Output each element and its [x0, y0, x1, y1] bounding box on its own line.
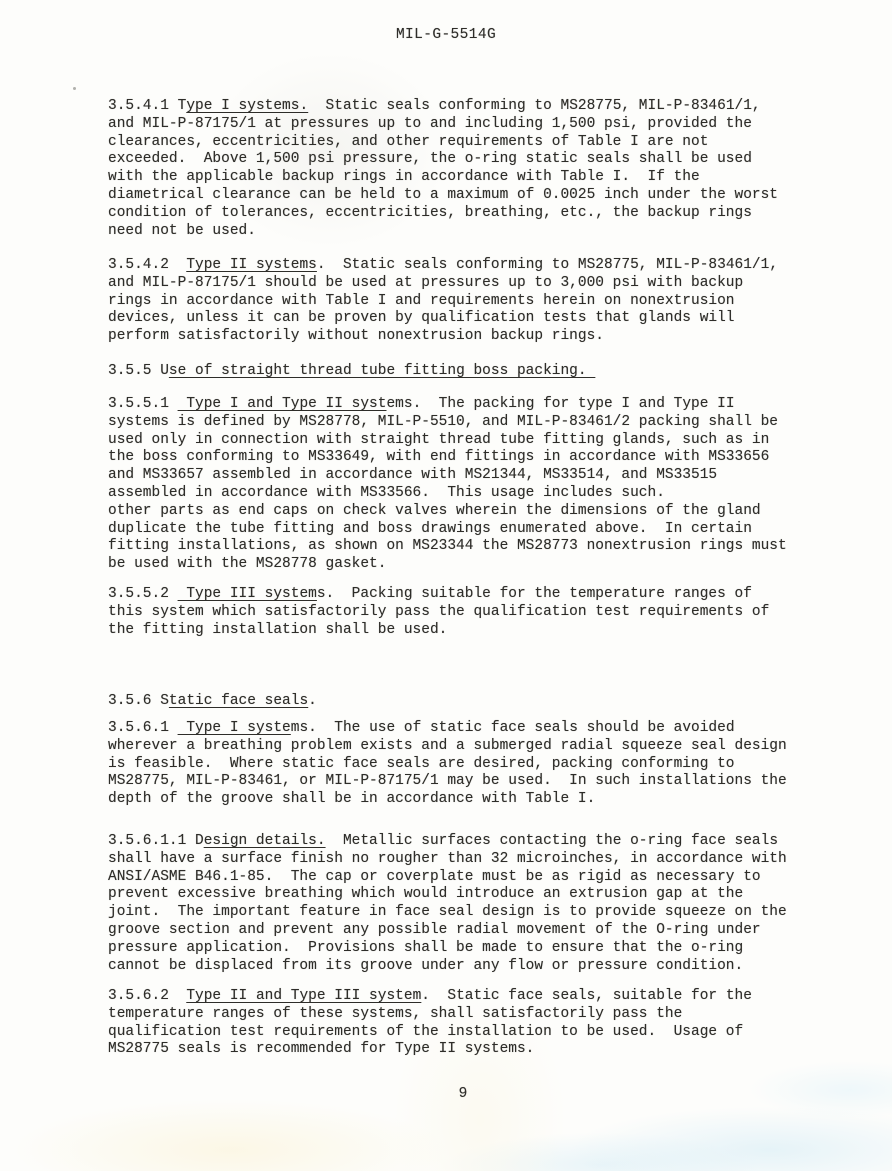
text-line: depth of the groove shall be in accordan…	[108, 791, 848, 809]
text-segment: 3.5.6.1.1 D	[108, 833, 204, 849]
text-segment: the fitting installation shall be used.	[108, 622, 447, 638]
text-segment: be used with the MS28778 gasket.	[108, 556, 386, 572]
text-segment: systems is defined by MS28778, MIL-P-551…	[108, 414, 778, 430]
text-segment: temperature ranges of these systems, sha…	[108, 1006, 682, 1022]
paragraph-3-5-6-1-1: 3.5.6.1.1 Design details. Metallic surfa…	[108, 833, 848, 975]
paragraph-3-5-5-2: 3.5.5.2 Type III systems. Packing suitab…	[108, 586, 848, 639]
text-segment: condition of tolerances, eccentricities,…	[108, 205, 752, 221]
text-line: this system which satisfactorily pass th…	[108, 604, 848, 622]
underlined-text-segment: Type I syste	[178, 720, 291, 736]
text-segment: shall have a surface finish no rougher t…	[108, 851, 787, 867]
text-segment: rings in accordance with Table I and req…	[108, 293, 735, 309]
text-segment: Metallic surfaces contacting the o-ring …	[326, 833, 778, 849]
underlined-text-segment: Type II and Type III system	[186, 988, 421, 1004]
text-line: 3.5.5.2 Type III systems. Packing suitab…	[108, 586, 848, 604]
text-segment: duplicate the tube fitting and boss draw…	[108, 521, 752, 537]
paragraph-3-5-4-2: 3.5.4.2 Type II systems. Static seals co…	[108, 257, 848, 346]
text-segment: 3.5.4.2	[108, 257, 186, 273]
text-segment: exceeded. Above 1,500 psi pressure, the …	[108, 151, 752, 167]
paragraph-3-5-4-1: 3.5.4.1 Type I systems. Static seals con…	[108, 98, 848, 240]
underlined-text-segment: Type II systems	[186, 257, 317, 273]
underlined-text-segment: Type III system	[178, 586, 317, 602]
underlined-text-segment: tatic face seals	[169, 693, 308, 709]
text-line: the fitting installation shall be used.	[108, 622, 848, 640]
text-segment: assembled in accordance with MS33566. Th…	[108, 485, 665, 501]
text-segment: this system which satisfactorily pass th…	[108, 604, 769, 620]
text-segment: 3.5.5.2	[108, 586, 178, 602]
text-segment: with the applicable backup rings in acco…	[108, 169, 700, 185]
text-segment: 3.5.6.2	[108, 988, 186, 1004]
text-line: assembled in accordance with MS33566. Th…	[108, 485, 848, 503]
text-segment: ANSI/ASME B46.1-85. The cap or coverplat…	[108, 869, 761, 885]
scanned-document-page: MIL-G-5514G 3.5.4.1 Type I systems. Stat…	[0, 0, 892, 1171]
text-segment: and MIL-P-87175/1 should be used at pres…	[108, 275, 743, 291]
text-segment: wherever a breathing problem exists and …	[108, 738, 787, 754]
text-line: clearances, eccentricities, and other re…	[108, 134, 848, 152]
text-segment: . Static seals conforming to MS28775, MI…	[317, 257, 778, 273]
text-segment: fitting installations, as shown on MS233…	[108, 538, 787, 554]
text-line: 3.5.5 Use of straight thread tube fittin…	[108, 363, 848, 381]
text-line: 3.5.4.2 Type II systems. Static seals co…	[108, 257, 848, 275]
text-segment: ms. The use of static face seals should …	[291, 720, 735, 736]
text-segment: ems. The packing for type I and Type II	[386, 396, 734, 412]
text-line: 3.5.6.1.1 Design details. Metallic surfa…	[108, 833, 848, 851]
text-segment: . Static face seals, suitable for the	[421, 988, 752, 1004]
text-line: and MIL-P-87175/1 at pressures up to and…	[108, 116, 848, 134]
text-line: MS28775 seals is recommended for Type II…	[108, 1041, 848, 1059]
text-line: 3.5.4.1 Type I systems. Static seals con…	[108, 98, 848, 116]
text-line: with the applicable backup rings in acco…	[108, 169, 848, 187]
text-line: cannot be displaced from its groove unde…	[108, 958, 848, 976]
text-line: 3.5.5.1 Type I and Type II systems. The …	[108, 396, 848, 414]
text-line: qualification test requirements of the i…	[108, 1024, 848, 1042]
text-line: wherever a breathing problem exists and …	[108, 738, 848, 756]
text-segment: need not be used.	[108, 223, 256, 239]
text-segment: clearances, eccentricities, and other re…	[108, 134, 708, 150]
text-line: 3.5.6.2 Type II and Type III system. Sta…	[108, 988, 848, 1006]
text-line: 3.5.6 Static face seals.	[108, 693, 848, 711]
text-segment: 3.5.6.1	[108, 720, 178, 736]
text-line: the boss conforming to MS33649, with end…	[108, 449, 848, 467]
text-segment: groove section and prevent any possible …	[108, 922, 761, 938]
text-line: and MIL-P-87175/1 should be used at pres…	[108, 275, 848, 293]
text-segment: .	[308, 693, 317, 709]
text-line: other parts as end caps on check valves …	[108, 503, 848, 521]
text-segment: joint. The important feature in face sea…	[108, 904, 787, 920]
text-line: used only in connection with straight th…	[108, 432, 848, 450]
text-line: need not be used.	[108, 223, 848, 241]
text-segment: used only in connection with straight th…	[108, 432, 769, 448]
text-line: diametrical clearance can be held to a m…	[108, 187, 848, 205]
text-segment: qualification test requirements of the i…	[108, 1024, 743, 1040]
text-line: is feasible. Where static face seals are…	[108, 756, 848, 774]
text-line: MS28775, MIL-P-83461, or MIL-P-87175/1 m…	[108, 773, 848, 791]
text-segment: 3.5.6 S	[108, 693, 169, 709]
text-line: rings in accordance with Table I and req…	[108, 293, 848, 311]
scan-speck	[73, 87, 76, 90]
document-header: MIL-G-5514G	[0, 27, 892, 43]
underlined-text-segment: Type I and Type II syst	[178, 396, 387, 412]
text-line: shall have a surface finish no rougher t…	[108, 851, 848, 869]
text-line: groove section and prevent any possible …	[108, 922, 848, 940]
text-segment: cannot be displaced from its groove unde…	[108, 958, 743, 974]
text-segment: 3.5.5.1	[108, 396, 178, 412]
text-line: devices, unless it can be proven by qual…	[108, 310, 848, 328]
text-line: prevent excessive breathing which would …	[108, 886, 848, 904]
text-segment: diametrical clearance can be held to a m…	[108, 187, 778, 203]
text-line: systems is defined by MS28778, MIL-P-551…	[108, 414, 848, 432]
text-segment: devices, unless it can be proven by qual…	[108, 310, 735, 326]
underlined-text-segment: se of straight thread tube fitting boss …	[169, 363, 595, 379]
text-segment: s. Packing suitable for the temperature …	[317, 586, 752, 602]
text-line: duplicate the tube fitting and boss draw…	[108, 521, 848, 539]
text-segment: pressure application. Provisions shall b…	[108, 940, 743, 956]
text-line: be used with the MS28778 gasket.	[108, 556, 848, 574]
text-line: exceeded. Above 1,500 psi pressure, the …	[108, 151, 848, 169]
text-line: perform satisfactorily without nonextrus…	[108, 328, 848, 346]
paragraph-3-5-6-1: 3.5.6.1 Type I systems. The use of stati…	[108, 720, 848, 809]
text-segment: MS28775 seals is recommended for Type II…	[108, 1041, 534, 1057]
text-line: fitting installations, as shown on MS233…	[108, 538, 848, 556]
paragraph-3-5-6-2: 3.5.6.2 Type II and Type III system. Sta…	[108, 988, 848, 1059]
text-line: 3.5.6.1 Type I systems. The use of stati…	[108, 720, 848, 738]
text-segment: other parts as end caps on check valves …	[108, 503, 761, 519]
paragraph-3-5-5-1: 3.5.5.1 Type I and Type II systems. The …	[108, 396, 848, 574]
text-segment: 3.5.5 U	[108, 363, 169, 379]
text-line: temperature ranges of these systems, sha…	[108, 1006, 848, 1024]
text-segment: and MIL-P-87175/1 at pressures up to and…	[108, 116, 752, 132]
text-segment: prevent excessive breathing which would …	[108, 886, 743, 902]
text-line: ANSI/ASME B46.1-85. The cap or coverplat…	[108, 869, 848, 887]
underlined-text-segment: ype I systems.	[186, 98, 308, 114]
heading-3-5-6: 3.5.6 Static face seals.	[108, 693, 848, 711]
heading-3-5-5: 3.5.5 Use of straight thread tube fittin…	[108, 363, 848, 381]
text-line: joint. The important feature in face sea…	[108, 904, 848, 922]
text-segment: Static seals conforming to MS28775, MIL-…	[308, 98, 760, 114]
text-segment: is feasible. Where static face seals are…	[108, 756, 735, 772]
underlined-text-segment: esign details.	[204, 833, 326, 849]
text-segment: the boss conforming to MS33649, with end…	[108, 449, 769, 465]
text-segment: 3.5.4.1 T	[108, 98, 186, 114]
text-segment: MS28775, MIL-P-83461, or MIL-P-87175/1 m…	[108, 773, 787, 789]
text-line: pressure application. Provisions shall b…	[108, 940, 848, 958]
text-segment: perform satisfactorily without nonextrus…	[108, 328, 604, 344]
page-number: 9	[17, 1086, 892, 1102]
text-segment: and MS33657 assembled in accordance with…	[108, 467, 717, 483]
text-segment: depth of the groove shall be in accordan…	[108, 791, 595, 807]
text-line: and MS33657 assembled in accordance with…	[108, 467, 848, 485]
text-line: condition of tolerances, eccentricities,…	[108, 205, 848, 223]
